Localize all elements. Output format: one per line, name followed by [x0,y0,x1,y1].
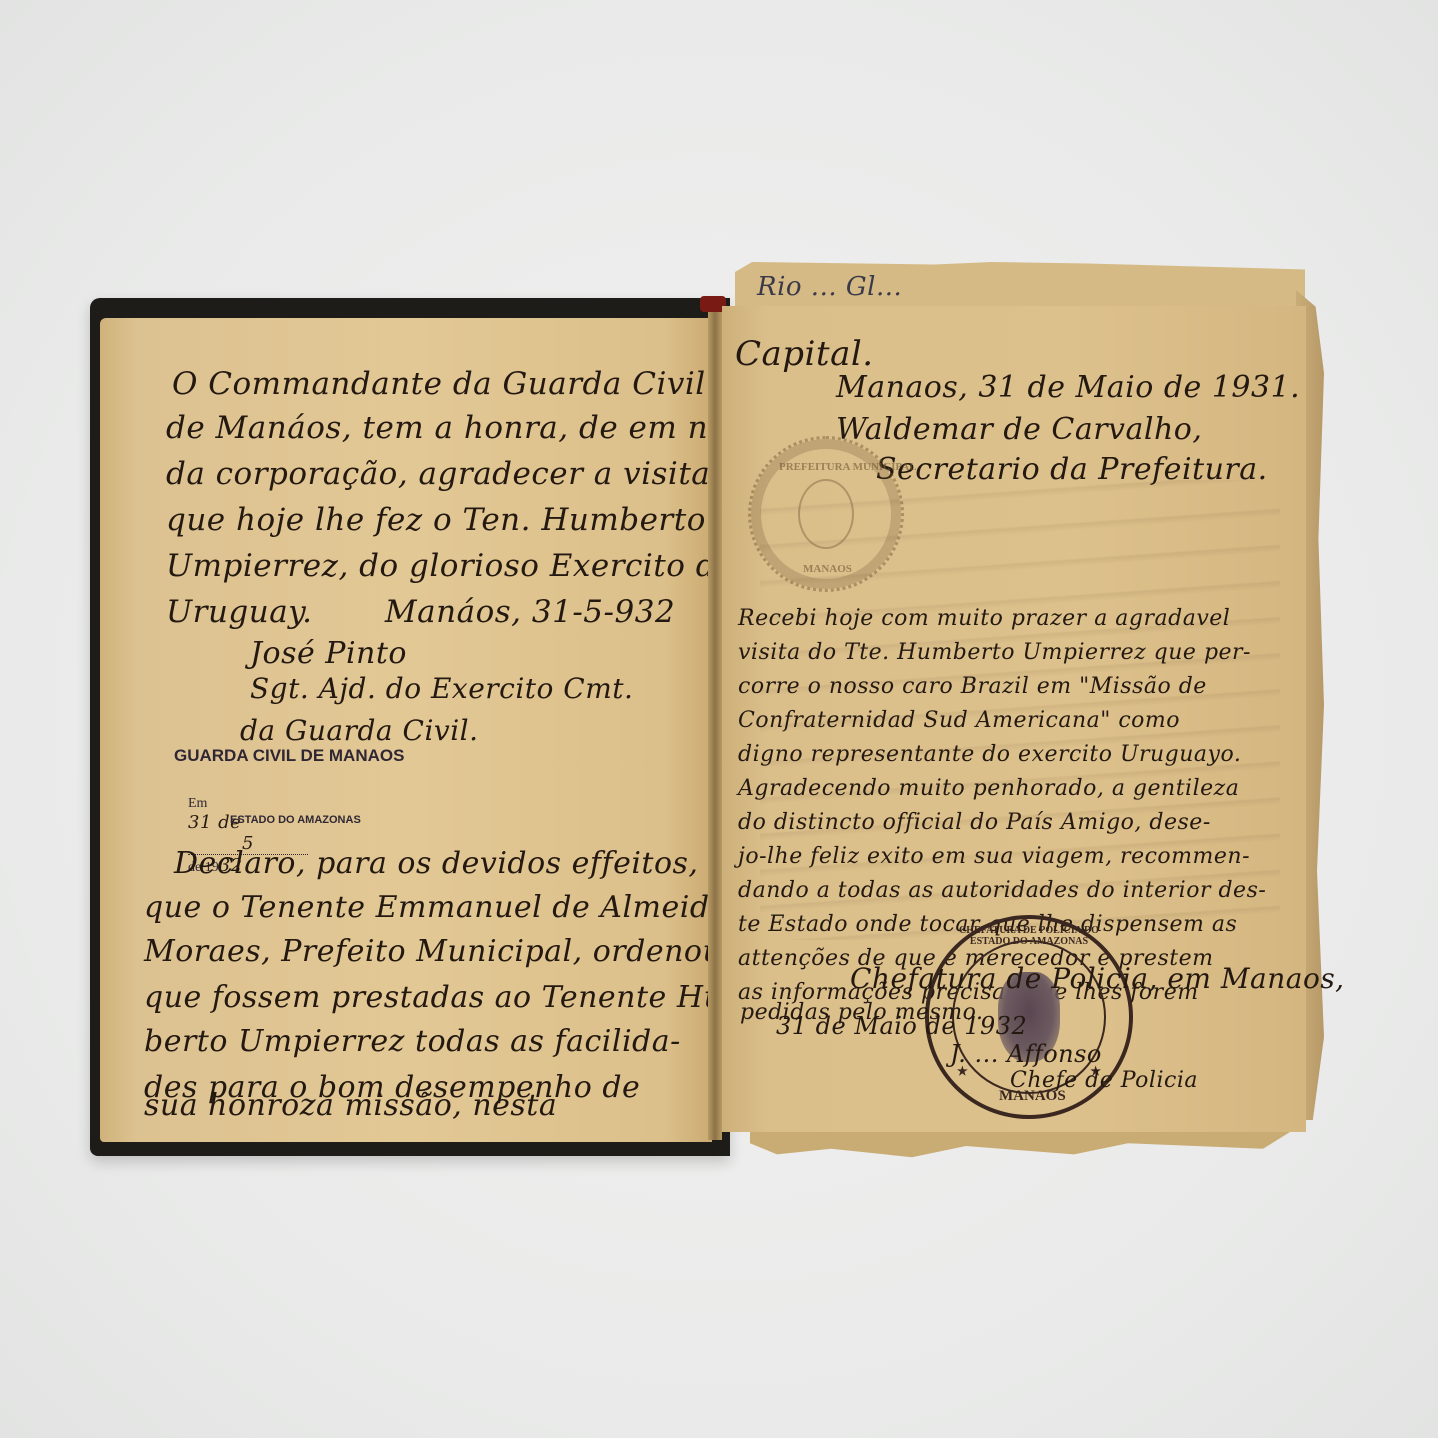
closing-date-line: 31 de Maio de 1932 [776,1012,1027,1040]
handwritten-line: que hoje lhe fez o Ten. Humberto [166,502,706,538]
handwritten-date-line: Uruguay. Manáos, 31-5-932 [166,594,675,630]
signature-title: Sgt. Ajd. do Exercito Cmt. [250,672,633,705]
closing-signature-title: Chefe de Policia [1010,1068,1198,1093]
handwritten-line: jo-lhe feliz exito em sua viagem, recomm… [738,844,1250,869]
handwritten-line: Declaro, para os devidos effeitos, [174,846,698,881]
handwritten-line: que fossem prestadas ao Tenente Hum- [144,980,763,1015]
torn-header-fragment: Rio ... Gl... [757,272,902,302]
stamp-date-prefix: Em [188,796,207,811]
seal-top-text: PREFEITURA MUNICIPAL [779,461,917,473]
municipal-seal-crest [798,479,854,549]
stamp-title: GUARDA CIVIL DE MANAOS [174,746,404,766]
handwritten-line: Agradecendo muito penhorado, a gentileza [738,776,1239,801]
handwritten-line: sua honroza missão, nesta [144,1088,557,1123]
handwritten-line: Confraternidad Sud Americana" como [738,708,1180,733]
handwritten-line: corre o nosso caro Brazil em "Missão de [738,674,1207,699]
seal-bottom-text: MANAOS [803,563,852,575]
closing-signature: J. ... Affonso [950,1040,1102,1068]
handwritten-line: da corporação, agradecer a visita [166,456,710,492]
handwritten-line: do distincto official do País Amigo, des… [738,810,1211,835]
handwritten-line: Moraes, Prefeito Municipal, ordenou [144,934,722,969]
handwritten-line: que o Tenente Emmanuel de Almeida [144,890,728,925]
torn-underlying-page: Rio ... Gl... [735,262,1305,312]
handwritten-line: Recebi hoje com muito prazer a agradavel [738,606,1230,631]
handwritten-line: Capital. [735,334,874,374]
closing-line: Chefatura de Policia, em Manaos, [850,962,1345,995]
handwritten-line: Secretario da Prefeitura. [876,452,1268,487]
handwritten-line: dando a todas as autoridades do interior… [738,878,1266,903]
handwritten-line: visita do Tte. Humberto Umpierrez que pe… [738,640,1251,665]
handwritten-line: O Commandante da Guarda Civil [172,366,706,402]
signature: José Pinto [250,636,407,671]
left-page: O Commandante da Guarda Civil de Manáos,… [100,318,712,1142]
book-spine-gutter [708,305,722,1140]
handwritten-line: Waldemar de Carvalho, [836,412,1202,447]
handwritten-line: digno representante do exercito Uruguayo… [738,742,1241,767]
handwritten-line: de Manáos, tem a honra, de em nome [166,410,776,446]
municipal-seal: PREFEITURA MUNICIPAL MANAOS [748,436,904,592]
police-seal-ring-text: CHEFATURA DE POLICIA DO ESTADO DO AMAZON… [959,925,1099,947]
handwritten-line: Umpierrez, do glorioso Exercito do [166,548,735,584]
handwritten-line: berto Umpierrez todas as facilida- [144,1024,681,1059]
handwritten-date-line: Manaos, 31 de Maio de 1931. [836,370,1300,405]
stamp-state: ESTADO DO AMAZONAS [230,814,361,826]
signature-title: da Guarda Civil. [240,714,479,747]
